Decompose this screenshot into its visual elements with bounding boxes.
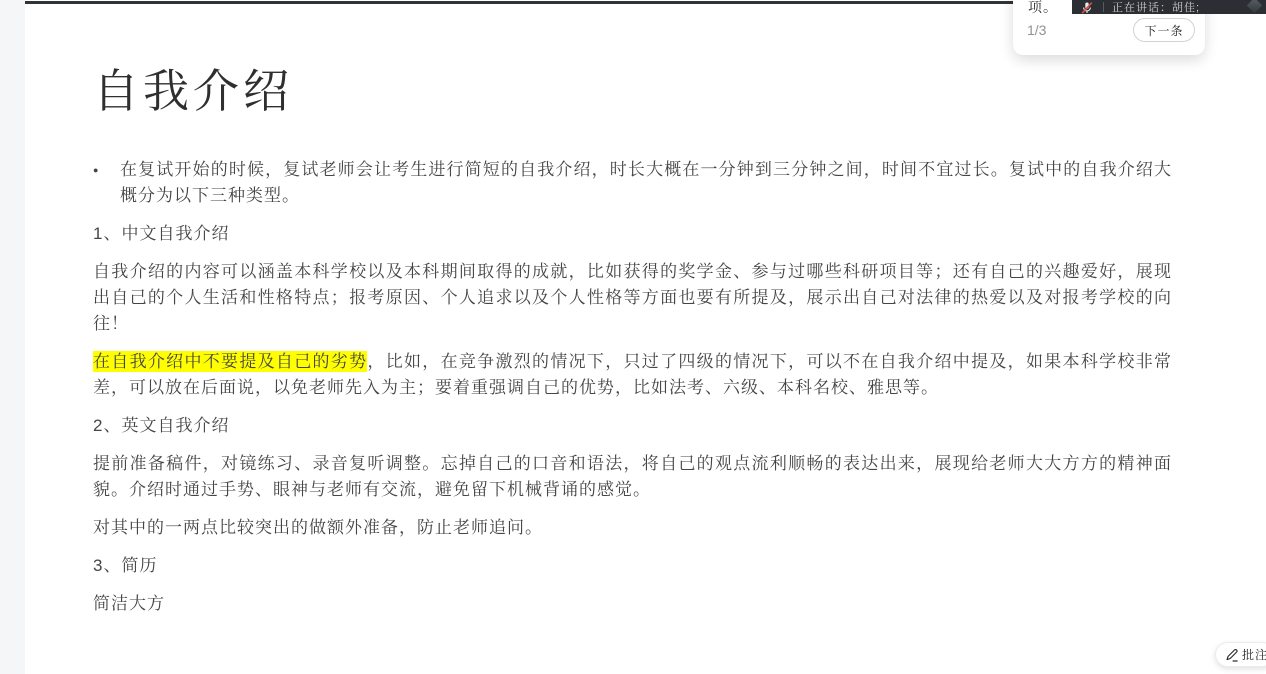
intro-paragraph: 在复试开始的时候，复试老师会让考生进行简短的自我介绍，时长大概在一分钟到三分钟之… — [120, 157, 1172, 209]
section1-paragraph: 自我介绍的内容可以涵盖本科学校以及本科期间取得的成就，比如获得的奖学金、参与过哪… — [93, 259, 1172, 337]
caption-partial-text: 项。 — [1028, 0, 1058, 17]
tip-paragraph: 在自我介绍中不要提及自己的劣势，比如，在竞争激烈的情况下，只过了四级的情况下，可… — [93, 349, 1172, 401]
section3-heading: 3、简历 — [93, 553, 1172, 579]
section2-heading: 2、英文自我介绍 — [93, 413, 1172, 439]
annotate-button-label: 批注 — [1242, 646, 1266, 663]
meeting-bar-divider — [1103, 2, 1104, 12]
document-page: 自我介绍 ● 在复试开始的时候，复试老师会让考生进行简短的自我介绍，时长大概在一… — [0, 0, 1266, 674]
next-item-button[interactable]: 下一条 — [1133, 18, 1195, 42]
document-title: 自我介绍 — [93, 0, 1172, 120]
screen: 自我介绍 ● 在复试开始的时候，复试老师会让考生进行简短的自我介绍，时长大概在一… — [0, 0, 1266, 674]
pen-icon — [1225, 648, 1239, 662]
section2-extra-paragraph: 对其中的一两点比较突出的做额外准备，防止老师追问。 — [93, 515, 1172, 541]
section3-paragraph: 简洁大方 — [93, 591, 1172, 617]
intro-bullet-item: ● 在复试开始的时候，复试老师会让考生进行简短的自我介绍，时长大概在一分钟到三分… — [93, 157, 1172, 209]
speaking-status-label: 正在讲话：胡佳; — [1112, 0, 1200, 15]
muted-microphone-icon[interactable] — [1080, 1, 1094, 13]
bullet-marker: ● — [93, 157, 120, 209]
annotate-button[interactable]: 批注 — [1215, 642, 1266, 667]
section2-paragraph: 提前准备稿件，对镜练习、录音复听调整。忘掉自己的口音和语法，将自己的观点流利顺畅… — [93, 451, 1172, 503]
caption-counter: 1/3 — [1027, 22, 1046, 38]
highlighted-text: 在自我介绍中不要提及自己的劣势 — [93, 351, 367, 372]
meeting-bar: 正在讲话：胡佳; — [1072, 0, 1266, 14]
left-gutter — [0, 0, 25, 674]
section1-heading: 1、中文自我介绍 — [93, 221, 1172, 247]
